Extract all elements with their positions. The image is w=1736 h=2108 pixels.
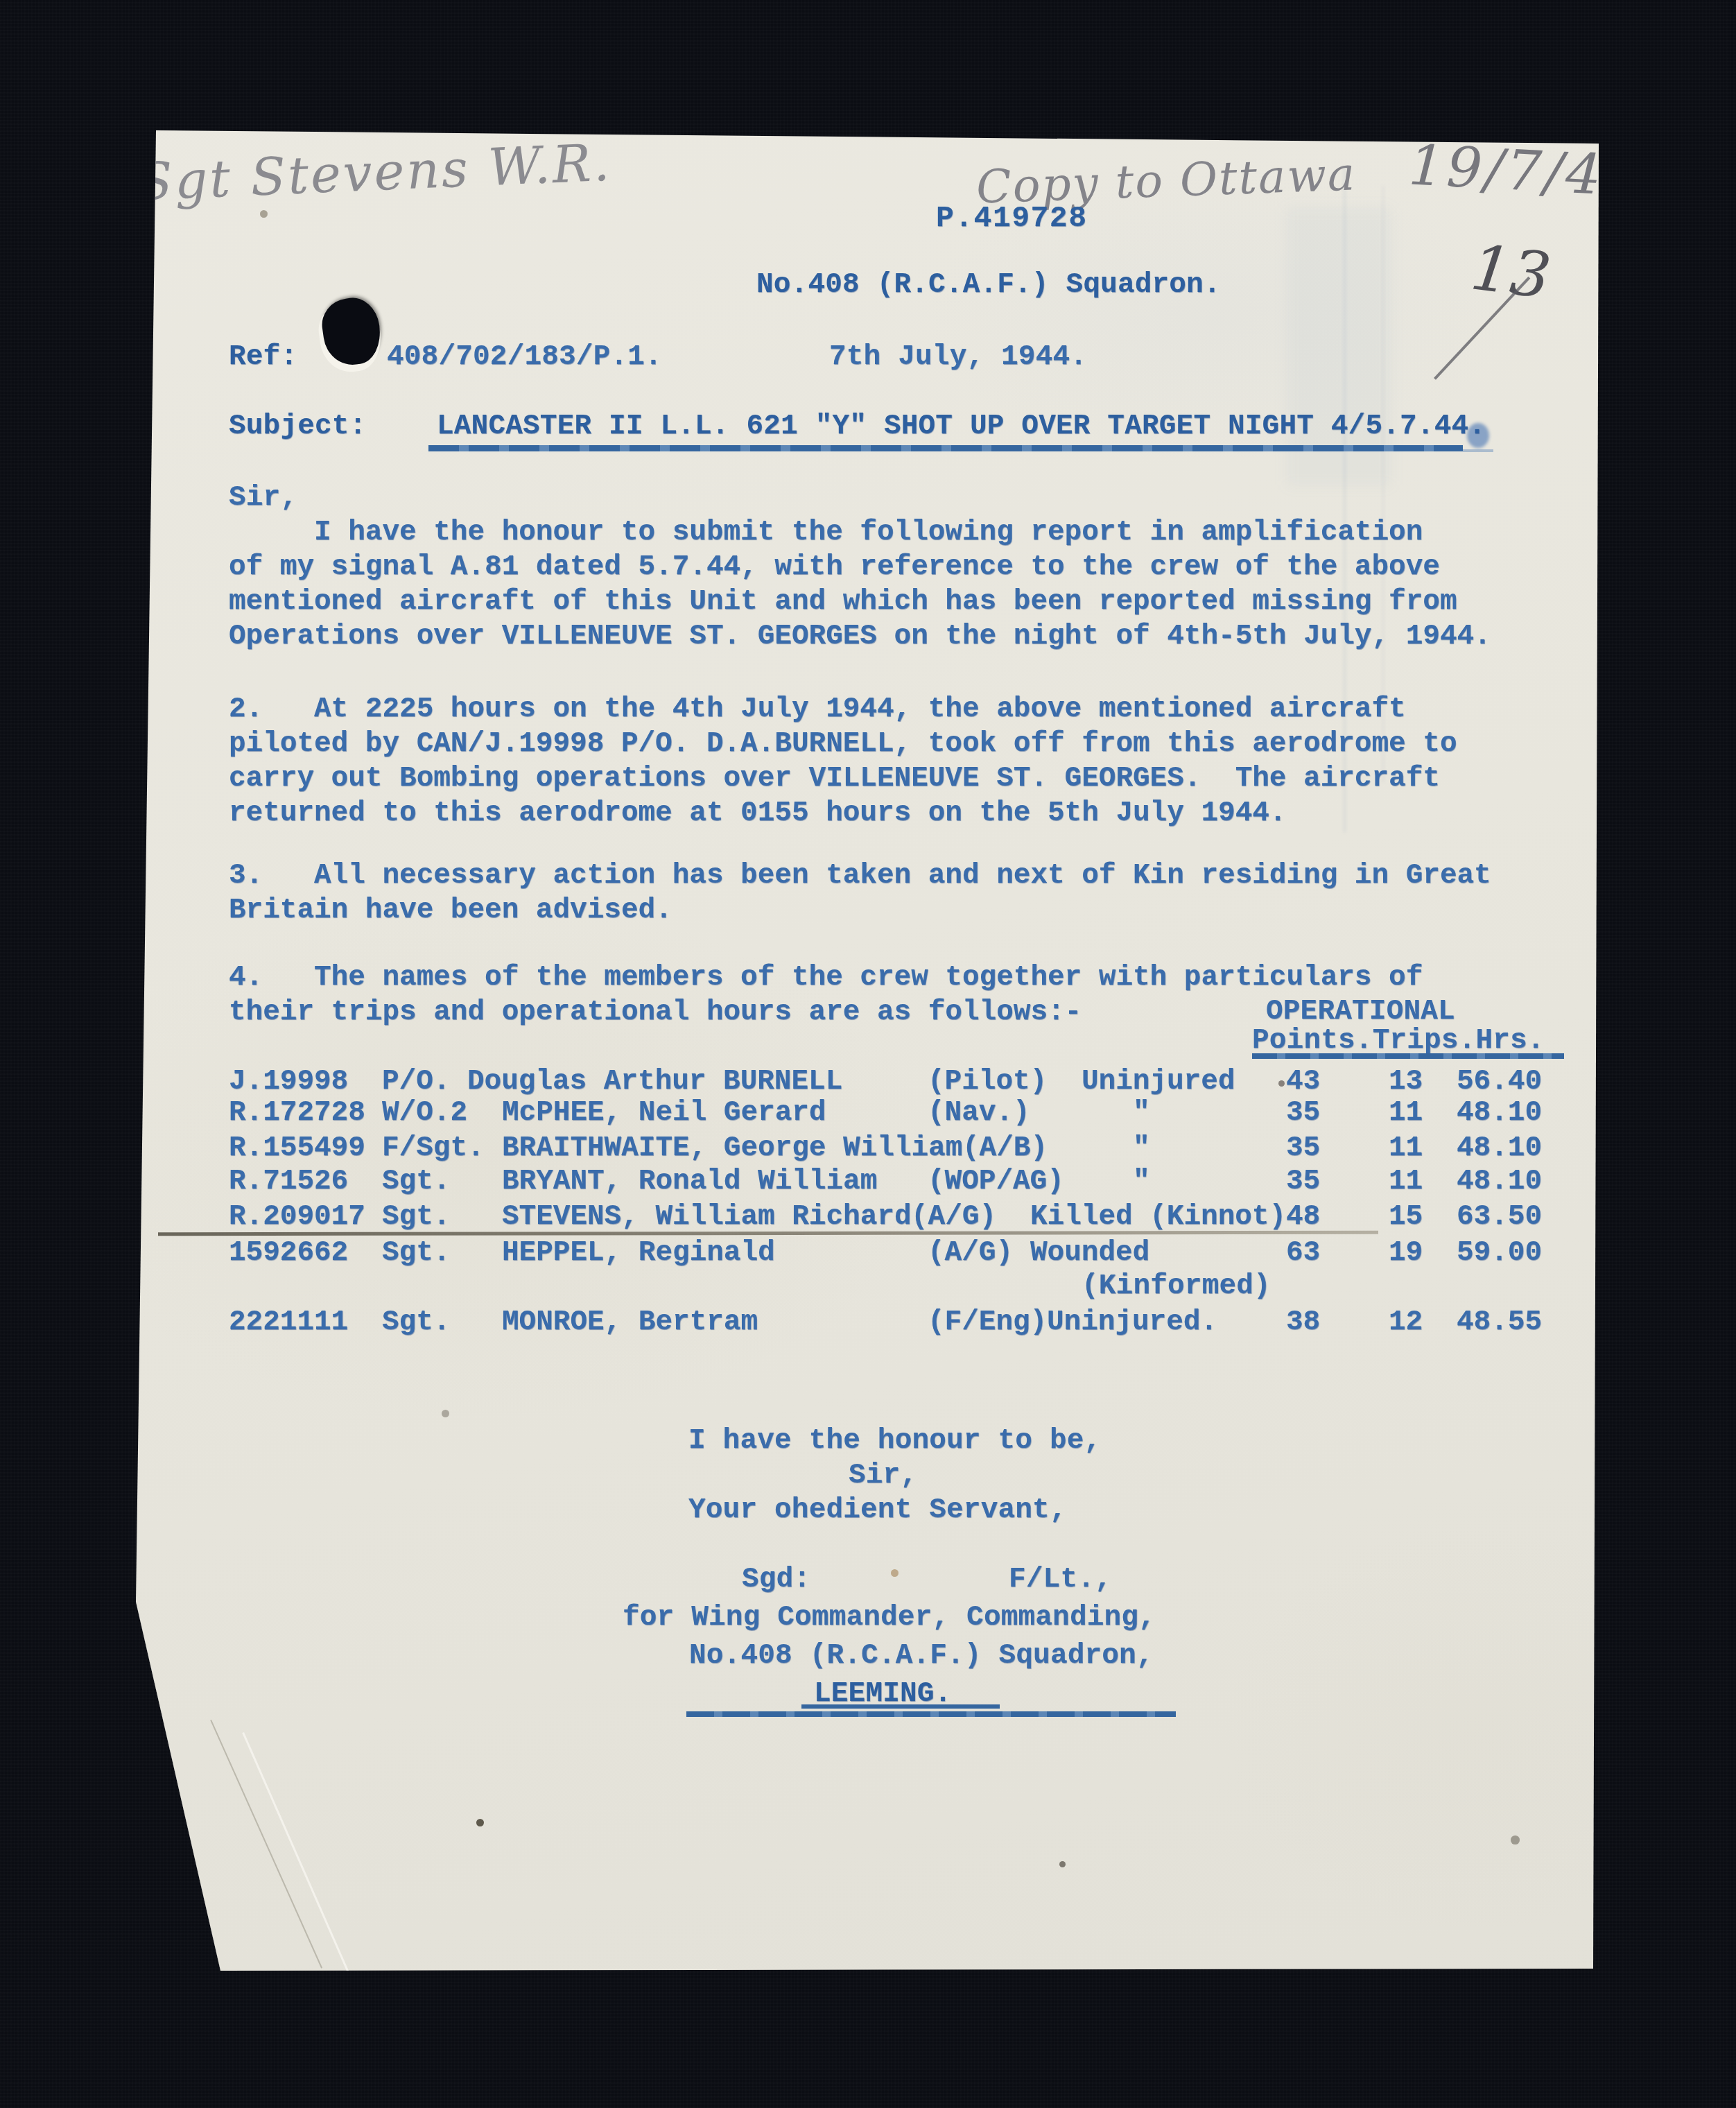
- table-row: R.209017 Sgt. STEVENS, William Richard (…: [0, 1201, 1595, 1234]
- typed-line: of my signal A.81 dated 5.7.44, with ref…: [229, 551, 1491, 586]
- for-wing-commander-line: for Wing Commander, Commanding,: [623, 1602, 1156, 1634]
- hours-value: 48.10: [1457, 1132, 1542, 1164]
- crew-role: (F/Eng): [928, 1306, 1047, 1338]
- operational-header: OPERATIONAL: [1266, 996, 1455, 1028]
- station-underline: [801, 1704, 1000, 1709]
- table-row: R.71526 Sgt. BRYANT, Ronald William (WOP…: [0, 1166, 1595, 1199]
- points-value: 43: [1286, 1066, 1320, 1098]
- squadron-line: No.408 (R.C.A.F.) Squadron,: [689, 1640, 1154, 1672]
- hours-value: 59.00: [1457, 1237, 1542, 1269]
- typed-line: Britain have been advised.: [229, 895, 1491, 929]
- subject-label: Subject:: [229, 411, 366, 442]
- casualty-status: ": [1133, 1132, 1150, 1164]
- points-value: 35: [1286, 1166, 1320, 1198]
- kin-informed-note: (Kinformed): [1082, 1270, 1271, 1302]
- service-number: R.155499: [229, 1132, 365, 1164]
- hours-value: 48.10: [1457, 1166, 1542, 1198]
- rank: Sgt.: [382, 1306, 450, 1338]
- unit-title: No.408 (R.C.A.F.) Squadron.: [756, 269, 1221, 301]
- handwritten-owner-annotation: Sgt Stevens W.R.: [136, 133, 612, 213]
- closing-line-1: I have the honour to be,: [688, 1425, 1101, 1457]
- paper: Sgt Stevens W.R. Copy to Ottawa 19/7/44 …: [0, 0, 1736, 2108]
- typed-line: Operations over VILLENEUVE ST. GEORGES o…: [229, 621, 1491, 655]
- casualty-status: Uninjured.: [1047, 1306, 1217, 1338]
- trips-value: 13: [1389, 1066, 1423, 1098]
- casualty-status: Wounded: [1030, 1237, 1149, 1269]
- typed-line: their trips and operational hours are as…: [229, 996, 1423, 1031]
- signer-rank: F/Lt.,: [1009, 1564, 1112, 1596]
- crew-name: STEVENS, William Richard: [502, 1201, 912, 1233]
- fold-crease-highlight: [242, 1732, 349, 1974]
- trips-value: 11: [1389, 1166, 1423, 1198]
- paragraph-3: 3. All necessary action has been taken a…: [229, 860, 1491, 929]
- hours-value: 56.40: [1457, 1066, 1542, 1098]
- typed-line: 4. The names of the members of the crew …: [229, 962, 1423, 996]
- crew-name: HEPPEL, Reginald: [502, 1237, 775, 1269]
- crew-role: (A/B): [962, 1132, 1048, 1164]
- typed-line: mentioned aircraft of this Unit and whic…: [229, 586, 1491, 621]
- trips-value: 11: [1389, 1097, 1423, 1129]
- typed-line: returned to this aerodrome at 0155 hours…: [229, 797, 1457, 832]
- closing-line-3: Your ohedient Servant,: [688, 1494, 1067, 1526]
- casualty-status: ": [1133, 1097, 1150, 1129]
- crew-name: Douglas Arthur BURNELL: [467, 1066, 842, 1098]
- rank: F/Sgt.: [382, 1132, 485, 1164]
- points-value: 63: [1286, 1237, 1320, 1269]
- closing-line-2: Sir,: [849, 1460, 917, 1492]
- rank: Sgt.: [382, 1201, 450, 1233]
- table-row: R.172728 W/O.2 McPHEE, Neil Gerard (Nav.…: [0, 1097, 1595, 1130]
- hours-value: 48.10: [1457, 1097, 1542, 1129]
- crew-role: (A/G): [928, 1237, 1013, 1269]
- table-row: 2221111 Sgt. MONROE, Bertram (F/Eng) Uni…: [0, 1306, 1595, 1340]
- table-row: 1592662 Sgt. HEPPEL, Reginald (A/G) Woun…: [0, 1237, 1595, 1270]
- signed-label: Sgd:: [742, 1564, 810, 1596]
- pencil-strike-line: [158, 1231, 1378, 1236]
- crew-role: (Pilot): [928, 1066, 1047, 1098]
- crew-name: BRYANT, Ronald William: [502, 1166, 877, 1198]
- typed-line: 3. All necessary action has been taken a…: [229, 860, 1491, 895]
- ink-bleed-blotch: [1287, 208, 1391, 485]
- typed-line: I have the honour to submit the followin…: [229, 517, 1491, 551]
- file-number-stamp: P.419728: [936, 201, 1087, 235]
- trips-value: 12: [1389, 1306, 1423, 1338]
- service-number: 1592662: [229, 1237, 348, 1269]
- scanned-letter-page: Sgt Stevens W.R. Copy to Ottawa 19/7/44 …: [0, 0, 1736, 2108]
- points-value: 35: [1286, 1132, 1320, 1164]
- station-underline-long: [686, 1711, 1176, 1717]
- typed-line: 2. At 2225 hours on the 4th July 1944, t…: [229, 693, 1457, 728]
- rank: Sgt.: [382, 1237, 450, 1269]
- rank: P/O.: [382, 1066, 450, 1098]
- points-value: 38: [1286, 1306, 1320, 1338]
- paper-specks: [0, 0, 3, 3]
- rank: Sgt.: [382, 1166, 450, 1198]
- points-trips-hrs-header: Points.Trips.Hrs.: [1252, 1025, 1545, 1057]
- table-row: R.155499 F/Sgt. BRAITHWAITE, George Will…: [0, 1132, 1595, 1166]
- crew-role: (A/G): [911, 1201, 996, 1233]
- points-header-underline: [1252, 1053, 1564, 1059]
- letter-date: 7th July, 1944.: [829, 341, 1087, 373]
- casualty-status: Uninjured: [1082, 1066, 1235, 1098]
- service-number: R.172728: [229, 1097, 365, 1129]
- table-row: J.19998 P/O. Douglas Arthur BURNELL (Pil…: [0, 1066, 1595, 1099]
- service-number: 2221111: [229, 1306, 348, 1338]
- fold-crease: [210, 1720, 322, 1969]
- ref-label: Ref:: [229, 341, 297, 373]
- salutation: Sir,: [229, 482, 297, 514]
- points-value: 35: [1286, 1097, 1320, 1129]
- ink-smudge: [1463, 449, 1493, 452]
- handwritten-routing-date: 19/7/44: [1407, 132, 1644, 209]
- paragraph-1: I have the honour to submit the followin…: [229, 517, 1491, 655]
- service-number: J.19998: [229, 1066, 348, 1098]
- typed-line: carry out Bombing operations over VILLEN…: [229, 763, 1457, 797]
- paragraph-2: 2. At 2225 hours on the 4th July 1944, t…: [229, 693, 1457, 832]
- trips-value: 19: [1389, 1237, 1423, 1269]
- rank: W/O.2: [382, 1097, 467, 1129]
- crew-name: BRAITHWAITE, George William: [502, 1132, 962, 1164]
- hours-value: 48.55: [1457, 1306, 1542, 1338]
- service-number: R.71526: [229, 1166, 348, 1198]
- casualty-status: ": [1133, 1166, 1150, 1198]
- paragraph-4: 4. The names of the members of the crew …: [229, 962, 1423, 1031]
- points-value: 48: [1286, 1201, 1320, 1233]
- hole-punch: [319, 295, 385, 368]
- ref-number: 408/702/183/P.1.: [387, 341, 662, 373]
- typed-line: piloted by CAN/J.19998 P/O. D.A.BURNELL,…: [229, 728, 1457, 763]
- crew-name: MONROE, Bertram: [502, 1306, 758, 1338]
- subject-title: LANCASTER II L.L. 621 "Y" SHOT UP OVER T…: [437, 411, 1486, 442]
- hours-value: 63.50: [1457, 1201, 1542, 1233]
- trips-value: 15: [1389, 1201, 1423, 1233]
- crew-name: McPHEE, Neil Gerard: [502, 1097, 826, 1129]
- crew-role: (Nav.): [928, 1097, 1030, 1129]
- trips-value: 11: [1389, 1132, 1423, 1164]
- casualty-status: Killed (Kinnot): [1030, 1201, 1286, 1233]
- crew-role: (WOP/AG): [928, 1166, 1064, 1198]
- handwritten-page-number: 13: [1467, 231, 1554, 313]
- subject-underline: [428, 445, 1463, 451]
- service-number: R.209017: [229, 1201, 365, 1233]
